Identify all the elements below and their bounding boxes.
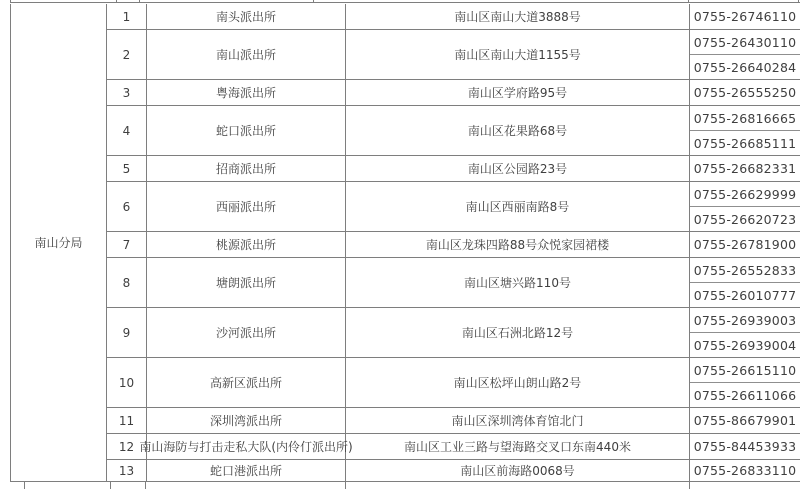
phone-cell: 0755-265528330755-26010777 [690, 258, 800, 307]
phone-cell: 0755-26833110 [690, 460, 800, 481]
phone-number: 0755-26746110 [690, 4, 800, 29]
row-number: 4 [107, 106, 147, 155]
station-name: 高新区派出所 [147, 358, 346, 407]
table-row: 6 西丽派出所 南山区西丽南路8号 0755-266299990755-2662… [107, 182, 800, 232]
phone-number: 0755-26816665 [690, 106, 800, 130]
station-rows: 1 南头派出所 南山区南山大道3888号 0755-26746110 2 南山派… [107, 4, 800, 481]
table-border-line [110, 482, 111, 489]
table-row: 1 南头派出所 南山区南山大道3888号 0755-26746110 [107, 4, 800, 30]
phone-number: 0755-26939003 [690, 308, 800, 332]
station-name: 蛇口港派出所 [147, 460, 346, 481]
table-border-line [688, 0, 689, 2]
station-name: 南头派出所 [147, 4, 346, 29]
station-name: 粤海派出所 [147, 80, 346, 105]
phone-number: 0755-26685111 [690, 130, 800, 155]
phone-cell: 0755-26781900 [690, 232, 800, 257]
phone-number: 0755-26010777 [690, 282, 800, 307]
phone-cell: 0755-26682331 [690, 156, 800, 181]
phone-number: 0755-26430110 [690, 30, 800, 54]
table-row: 8 塘朗派出所 南山区塘兴路110号 0755-265528330755-260… [107, 258, 800, 308]
table-border-line [24, 482, 25, 489]
phone-number: 0755-26615110 [690, 358, 800, 382]
table-border-line [798, 0, 799, 2]
station-name: 西丽派出所 [147, 182, 346, 231]
table-border-line [145, 482, 146, 489]
table-row: 9 沙河派出所 南山区石洲北路12号 0755-269390030755-269… [107, 308, 800, 358]
station-address: 南山区塘兴路110号 [346, 258, 690, 307]
table-row: 13 蛇口港派出所 南山区前海路0068号 0755-26833110 [107, 460, 800, 481]
station-address: 南山区深圳湾体育馆北门 [346, 408, 690, 433]
station-address: 南山区松坪山朗山路2号 [346, 358, 690, 407]
phone-number: 0755-26640284 [690, 54, 800, 79]
phone-number: 0755-26629999 [690, 182, 800, 206]
phone-number: 0755-86679901 [690, 408, 800, 433]
row-number: 2 [107, 30, 147, 79]
station-address: 南山区石洲北路12号 [346, 308, 690, 357]
row-number: 1 [107, 4, 147, 29]
table-border-line [116, 0, 117, 2]
phone-cell: 0755-266151100755-26611066 [690, 358, 800, 407]
station-address: 南山区前海路0068号 [346, 460, 690, 481]
phone-cell: 0755-264301100755-26640284 [690, 30, 800, 79]
table-row: 3 粤海派出所 南山区学府路95号 0755-26555250 [107, 80, 800, 106]
phone-cell: 0755-84453933 [690, 434, 800, 459]
station-name: 桃源派出所 [147, 232, 346, 257]
row-number: 9 [107, 308, 147, 357]
table-row: 11 深圳湾派出所 南山区深圳湾体育馆北门 0755-86679901 [107, 408, 800, 434]
row-number: 13 [107, 460, 147, 481]
table-row: 7 桃源派出所 南山区龙珠四路88号众悦家园裙楼 0755-26781900 [107, 232, 800, 258]
station-address: 南山区南山大道3888号 [346, 4, 690, 29]
station-name: 招商派出所 [147, 156, 346, 181]
branch-name: 南山分局 [34, 234, 82, 251]
table-row: 5 招商派出所 南山区公园路23号 0755-26682331 [107, 156, 800, 182]
row-number: 10 [107, 358, 147, 407]
phone-number: 0755-26552833 [690, 258, 800, 282]
phone-number: 0755-26781900 [690, 232, 800, 257]
row-number: 11 [107, 408, 147, 433]
phone-cell: 0755-26555250 [690, 80, 800, 105]
station-address: 南山区西丽南路8号 [346, 182, 690, 231]
row-number: 5 [107, 156, 147, 181]
station-name: 塘朗派出所 [147, 258, 346, 307]
station-name: 南山海防与打击走私大队(内伶仃派出所) [147, 434, 346, 459]
table-row: 2 南山派出所 南山区南山大道1155号 0755-264301100755-2… [107, 30, 800, 80]
phone-number: 0755-26620723 [690, 206, 800, 231]
next-section-partial-row [10, 482, 800, 489]
station-name: 蛇口派出所 [147, 106, 346, 155]
phone-number: 0755-26833110 [690, 460, 800, 481]
phone-number: 0755-26611066 [690, 382, 800, 407]
phone-cell: 0755-268166650755-26685111 [690, 106, 800, 155]
table-row: 10 高新区派出所 南山区松坪山朗山路2号 0755-266151100755-… [107, 358, 800, 408]
police-station-directory: 南山分局 1 南头派出所 南山区南山大道3888号 0755-26746110 … [0, 0, 800, 489]
row-number: 7 [107, 232, 147, 257]
phone-number: 0755-84453933 [690, 434, 800, 459]
phone-number: 0755-26682331 [690, 156, 800, 181]
station-address: 南山区工业三路与望海路交叉口东南440米 [346, 434, 690, 459]
table-row: 4 蛇口派出所 南山区花果路68号 0755-268166650755-2668… [107, 106, 800, 156]
station-name: 沙河派出所 [147, 308, 346, 357]
station-address: 南山区学府路95号 [346, 80, 690, 105]
table-row: 12 南山海防与打击走私大队(内伶仃派出所) 南山区工业三路与望海路交叉口东南4… [107, 434, 800, 460]
table-border-line [313, 0, 314, 2]
previous-section-partial-row [10, 0, 800, 3]
phone-number: 0755-26939004 [690, 332, 800, 357]
row-number: 3 [107, 80, 147, 105]
station-address: 南山区南山大道1155号 [346, 30, 690, 79]
table-border-line [689, 482, 690, 489]
row-number: 8 [107, 258, 147, 307]
phone-cell: 0755-266299990755-26620723 [690, 182, 800, 231]
table-border-line [345, 482, 346, 489]
station-address: 南山区龙珠四路88号众悦家园裙楼 [346, 232, 690, 257]
nanshan-branch-section: 南山分局 1 南头派出所 南山区南山大道3888号 0755-26746110 … [10, 4, 800, 482]
phone-number: 0755-26555250 [690, 80, 800, 105]
phone-cell: 0755-86679901 [690, 408, 800, 433]
branch-name-cell: 南山分局 [11, 4, 107, 481]
station-name: 深圳湾派出所 [147, 408, 346, 433]
phone-cell: 0755-26746110 [690, 4, 800, 29]
station-address: 南山区公园路23号 [346, 156, 690, 181]
row-number: 6 [107, 182, 147, 231]
station-address: 南山区花果路68号 [346, 106, 690, 155]
station-name: 南山派出所 [147, 30, 346, 79]
table-border-line [139, 0, 140, 2]
phone-cell: 0755-269390030755-26939004 [690, 308, 800, 357]
